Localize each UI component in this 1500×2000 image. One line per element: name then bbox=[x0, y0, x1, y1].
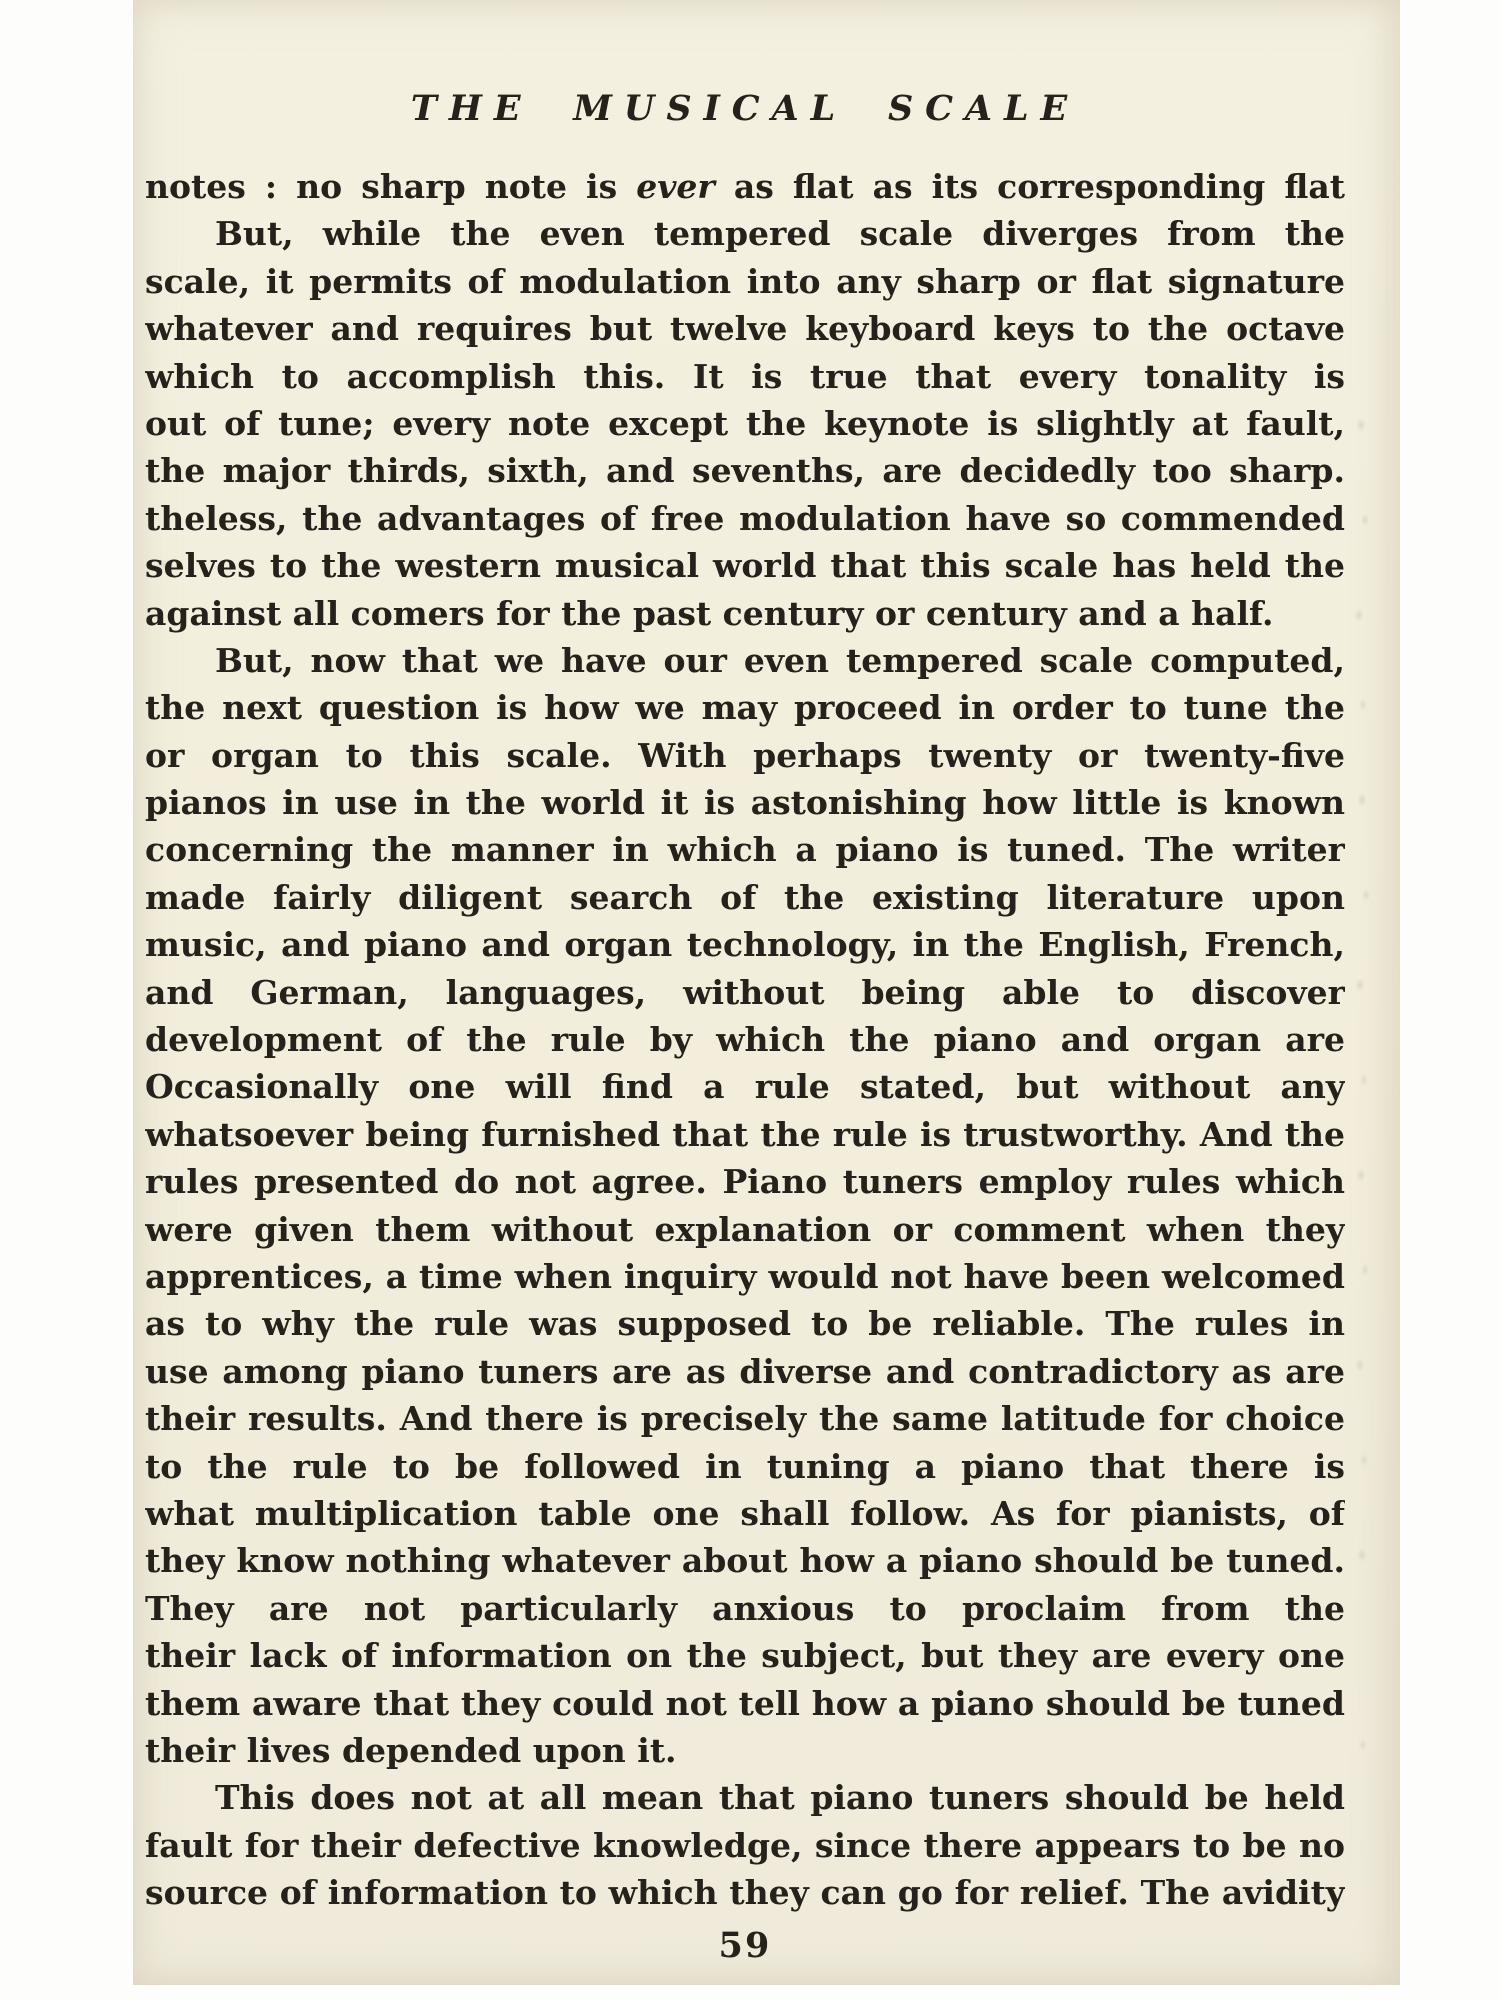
page-content: THE MUSICAL SCALE notes : no sharp note … bbox=[145, 0, 1345, 1985]
text-line: pianos in use in the world it is astonis… bbox=[145, 779, 1345, 826]
text-line: source of information to which they can … bbox=[145, 1869, 1345, 1916]
text-line: whatsoever being furnished that the rule… bbox=[145, 1111, 1345, 1158]
text-line: They are not particularly anxious to pro… bbox=[145, 1585, 1345, 1632]
emphasized-word: ever bbox=[636, 167, 715, 206]
text-line: Occasionally one will find a rule stated… bbox=[145, 1063, 1345, 1110]
text-line: use among piano tuners are as diverse an… bbox=[145, 1348, 1345, 1395]
text-line: out of tune; every note except the keyno… bbox=[145, 400, 1345, 447]
text-line: But, now that we have our even tempered … bbox=[145, 637, 1345, 684]
text-line: music, and piano and organ technology, i… bbox=[145, 921, 1345, 968]
text-line: what multiplication table one shall foll… bbox=[145, 1490, 1345, 1537]
text-line: This does not at all mean that piano tun… bbox=[145, 1774, 1345, 1821]
text-line: the next question is how we may proceed … bbox=[145, 684, 1345, 731]
text-line: rules presented do not agree. Piano tune… bbox=[145, 1158, 1345, 1205]
running-head: THE MUSICAL SCALE bbox=[145, 88, 1345, 129]
text-line: the major thirds, sixth, and sevenths, a… bbox=[145, 447, 1345, 494]
text-line: their lack of information on the subject… bbox=[145, 1632, 1345, 1679]
text-line: development of the rule by which the pia… bbox=[145, 1016, 1345, 1063]
body-text: notes : no sharp note is ever as flat as… bbox=[145, 163, 1345, 1916]
text-line: notes : no sharp note is ever as flat as… bbox=[145, 163, 1345, 210]
text-line: which to accomplish this. It is true tha… bbox=[145, 353, 1345, 400]
text-line: them aware that they could not tell how … bbox=[145, 1680, 1345, 1727]
text-line: their results. And there is precisely th… bbox=[145, 1395, 1345, 1442]
text-line: their lives depended upon it. bbox=[145, 1727, 1345, 1774]
text-line: and German, languages, without being abl… bbox=[145, 969, 1345, 1016]
text-line: scale, it permits of modulation into any… bbox=[145, 258, 1345, 305]
scan-background: THE MUSICAL SCALE notes : no sharp note … bbox=[0, 0, 1500, 2000]
text-line: against all comers for the past century … bbox=[145, 590, 1345, 637]
page-number: 59 bbox=[145, 1925, 1345, 1966]
text-line: concerning the manner in which a piano i… bbox=[145, 826, 1345, 873]
text-line: made fairly diligent search of the exist… bbox=[145, 874, 1345, 921]
book-page: THE MUSICAL SCALE notes : no sharp note … bbox=[133, 0, 1400, 1985]
text-line: fault for their defective knowledge, sin… bbox=[145, 1822, 1345, 1869]
text-line: theless, the advantages of free modulati… bbox=[145, 495, 1345, 542]
text-line: were given them without explanation or c… bbox=[145, 1206, 1345, 1253]
text-line: But, while the even tempered scale diver… bbox=[145, 210, 1345, 257]
text-line: they know nothing whatever about how a p… bbox=[145, 1537, 1345, 1584]
text-line: selves to the western musical world that… bbox=[145, 542, 1345, 589]
text-line: to the rule to be followed in tuning a p… bbox=[145, 1443, 1345, 1490]
text-line: whatever and requires but twelve keyboar… bbox=[145, 305, 1345, 352]
text-line: or organ to this scale. With perhaps twe… bbox=[145, 732, 1345, 779]
text-line: apprentices, a time when inquiry would n… bbox=[145, 1253, 1345, 1300]
text-line: as to why the rule was supposed to be re… bbox=[145, 1300, 1345, 1347]
